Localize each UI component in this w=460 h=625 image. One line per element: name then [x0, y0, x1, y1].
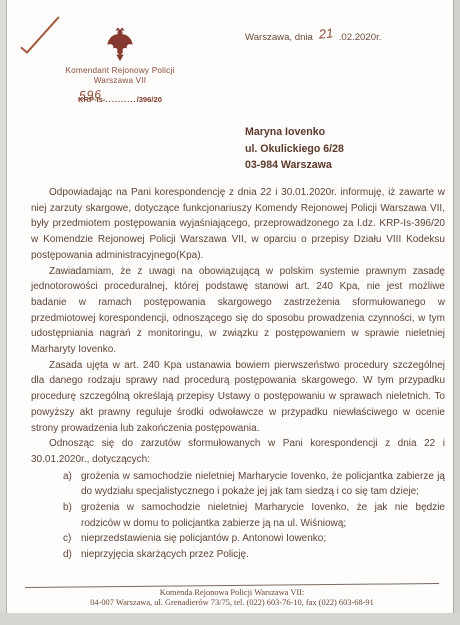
reference-number: KRP-Is-........../396/20 596	[45, 95, 195, 104]
recipient-block: Maryna Iovenko ul. Okulickiego 6/28 03-9…	[245, 124, 344, 174]
date-line: Warszawa, dnia 21 .02.2020r.	[245, 28, 381, 43]
list-item-text: grożenia w samochodzie nieletniej Marhar…	[81, 500, 445, 531]
body-paragraph: Odpowiadając na Pani korespondencję z dn…	[31, 185, 445, 264]
letter-footer: Komenda Rejonowa Policji Warszawa VII: 0…	[25, 585, 439, 607]
reference-handwritten-number: 596	[79, 87, 103, 103]
body-paragraph: Odnosząc się do zarzutów sformułowanych …	[31, 436, 445, 467]
list-item: d) nieprzyjęcia skarżących przez Policję…	[31, 547, 445, 563]
handwritten-day: 21	[318, 25, 334, 41]
recipient-street: ul. Okulickiego 6/28	[245, 141, 344, 158]
footer-line2: 04-007 Warszawa, ul. Grenadierów 73/75, …	[25, 598, 439, 608]
list-item: c) nieprzedstawienia się policjantów p. …	[31, 531, 445, 547]
body-paragraph: Zawiadamiam, że z uwagi na obowiązującą …	[31, 264, 445, 358]
date-suffix: .02.2020r.	[339, 32, 382, 43]
sender-title-line1: Komendant Rejonowy Policji	[45, 66, 195, 76]
list-item: a) grożenia w samochodzie nieletniej Mar…	[31, 469, 445, 500]
list-item-marker: b)	[63, 500, 81, 531]
list-item-text: grożenia w samochodzie nieletniej Marhar…	[81, 469, 445, 500]
list-item: b) grożenia w samochodzie nieletniej Mar…	[31, 500, 445, 531]
letter-body: Odpowiadając na Pani korespondencję z dn…	[31, 185, 445, 563]
letterhead: Komendant Rejonowy Policji Warszawa VII …	[45, 24, 195, 104]
list-item-text: nieprzyjęcia skarżących przez Policję.	[81, 547, 445, 563]
complaint-list: a) grożenia w samochodzie nieletniej Mar…	[31, 469, 445, 563]
recipient-name: Maryna Iovenko	[245, 124, 344, 141]
scanned-letter: Komendant Rejonowy Policji Warszawa VII …	[0, 0, 460, 625]
list-item-text: nieprzedstawienia się policjantów p. Ant…	[81, 531, 445, 547]
scan-edge-bottom	[0, 613, 460, 625]
scan-edge-right	[454, 0, 460, 625]
sender-title-line2: Warszawa VII	[45, 76, 195, 86]
body-paragraph: Zasada ujęta w art. 240 Kpa ustanawia bo…	[31, 358, 445, 437]
reference-dotted-blank: ..........	[105, 95, 136, 104]
date-prefix: Warszawa, dnia	[245, 32, 313, 43]
footer-line1: Komenda Rejonowa Policji Warszawa VII:	[25, 588, 439, 598]
list-item-marker: a)	[63, 469, 81, 500]
recipient-city: 03-984 Warszawa	[245, 157, 344, 174]
list-item-marker: c)	[63, 531, 81, 547]
letter-page: Komendant Rejonowy Policji Warszawa VII …	[6, 0, 454, 613]
reference-suffix: /396/20	[137, 95, 162, 104]
police-eagle-emblem-icon	[105, 24, 135, 64]
list-item-marker: d)	[63, 547, 81, 563]
